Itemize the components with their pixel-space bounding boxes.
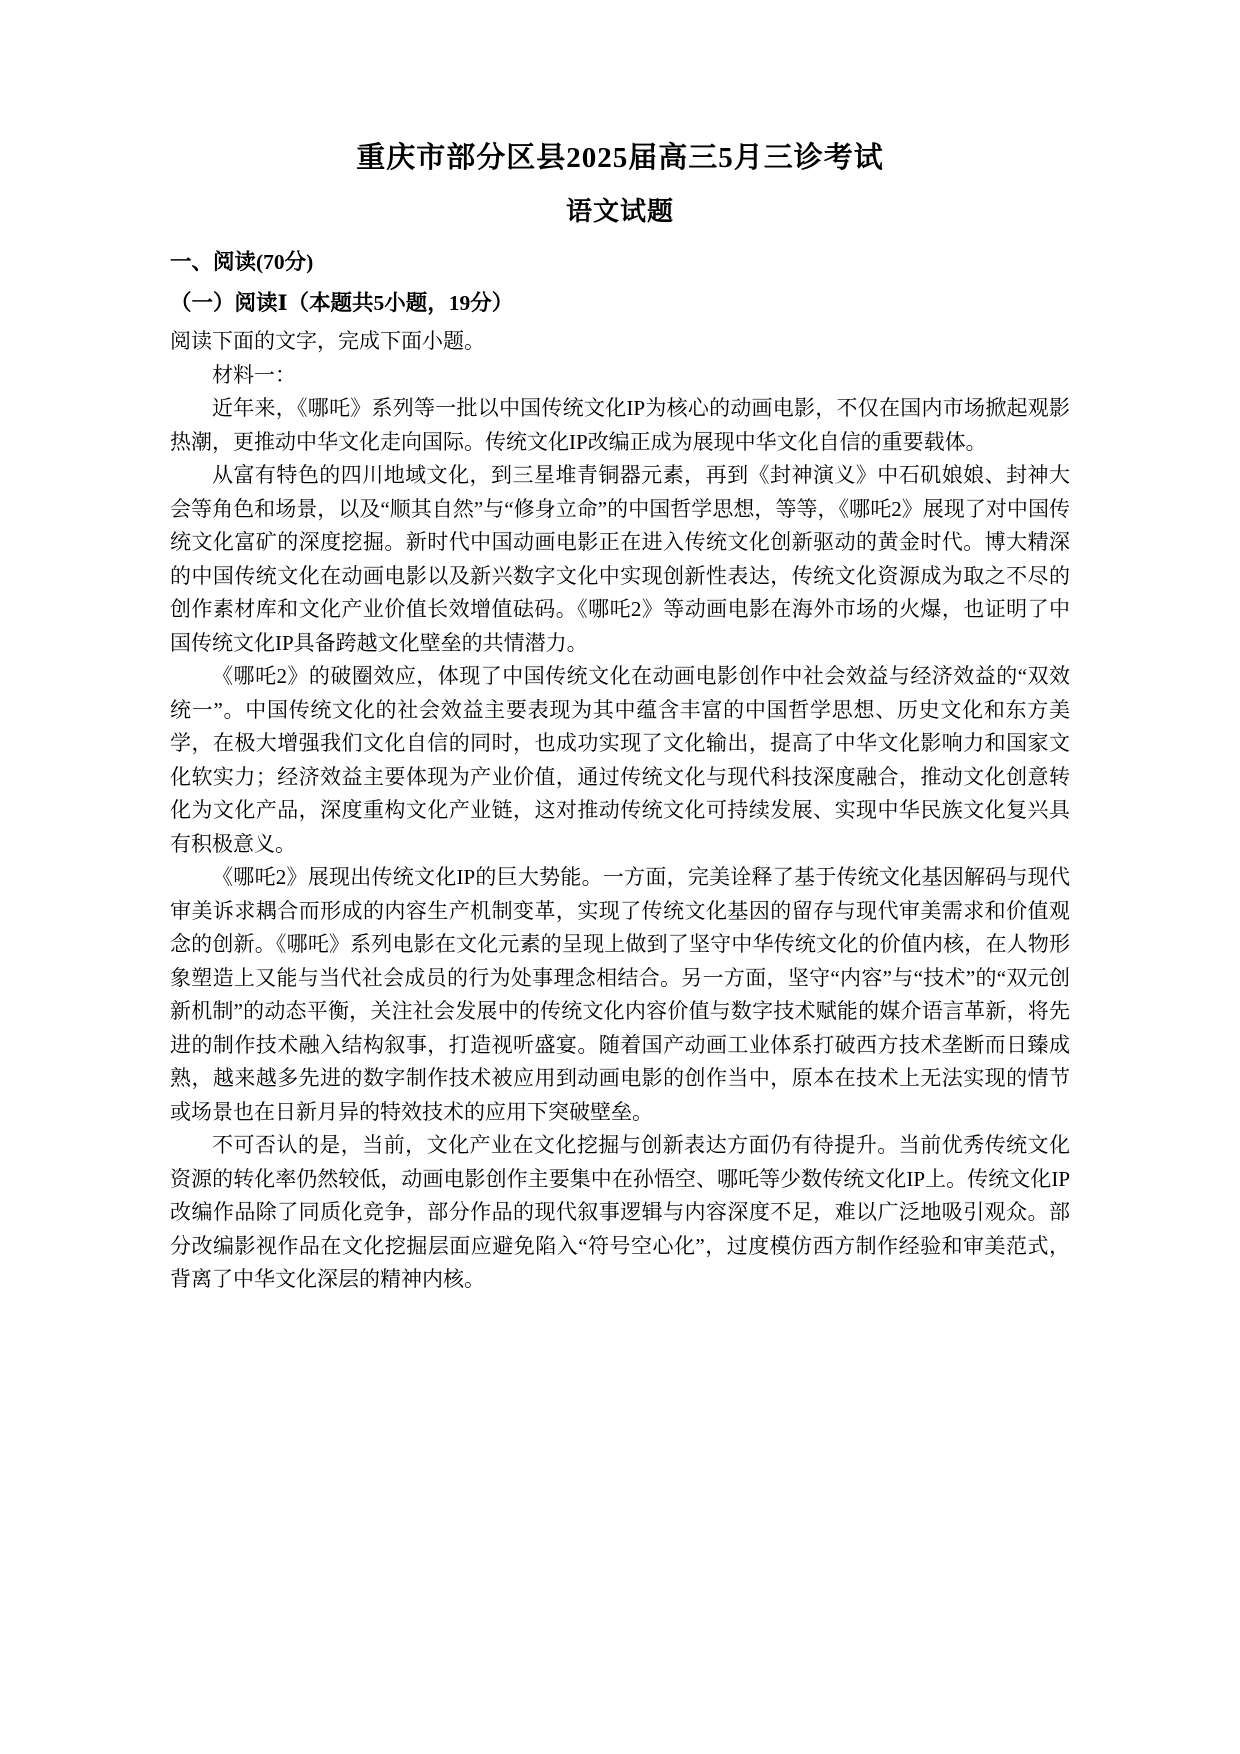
material-paragraph-5: 不可否认的是，当前，文化产业在文化挖掘与创新表达方面仍有待提升。当前优秀传统文化… bbox=[170, 1129, 1070, 1297]
material-one-label: 材料一： bbox=[170, 359, 1070, 393]
section-heading-reading: 一、阅读(70分) bbox=[170, 246, 1070, 280]
subsection-heading-reading1: （一）阅读Ⅰ（本题共5小题，19分） bbox=[170, 287, 1070, 321]
page-title: 重庆市部分区县2025届高三5月三诊考试 bbox=[170, 140, 1070, 178]
page-subtitle: 语文试题 bbox=[170, 195, 1070, 229]
material-paragraph-3: 《哪吒2》的破圈效应，体现了中国传统文化在动画电影创作中社会效益与经济效益的“双… bbox=[170, 660, 1070, 861]
reading-instruction: 阅读下面的文字，完成下面小题。 bbox=[170, 325, 1070, 359]
exam-paper-page: 重庆市部分区县2025届高三5月三诊考试 语文试题 一、阅读(70分) （一）阅… bbox=[0, 0, 1240, 1754]
material-paragraph-4: 《哪吒2》展现出传统文化IP的巨大势能。一方面，完美诠释了基于传统文化基因解码与… bbox=[170, 861, 1070, 1129]
material-paragraph-1: 近年来，《哪吒》系列等一批以中国传统文化IP为核心的动画电影，不仅在国内市场掀起… bbox=[170, 392, 1070, 459]
material-paragraph-2: 从富有特色的四川地域文化，到三星堆青铜器元素，再到《封神演义》中石矶娘娘、封神大… bbox=[170, 459, 1070, 660]
